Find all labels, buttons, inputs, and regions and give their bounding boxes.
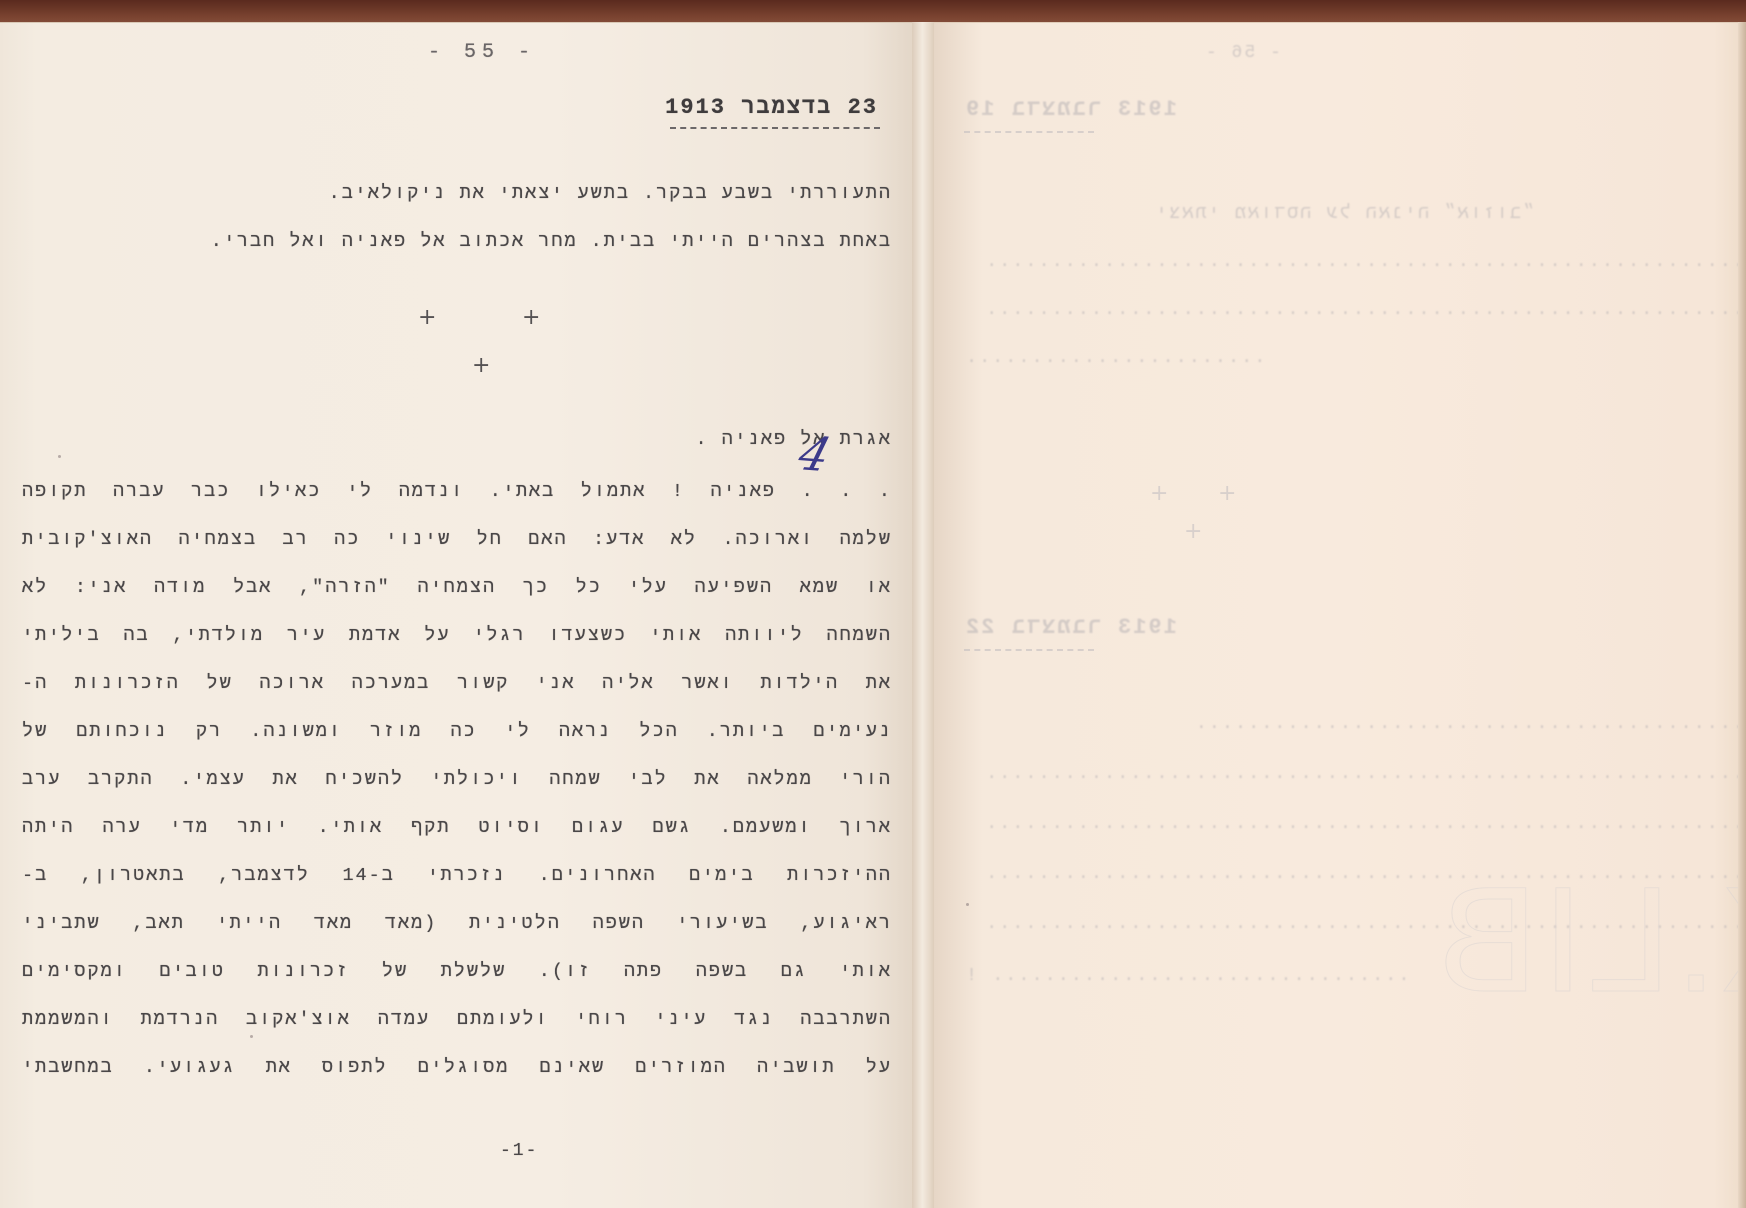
bleed-separator-cross: + — [1150, 481, 1168, 506]
letter-line: הורי ממלאה את לבי שמחה ויכולתי להשכיח את… — [22, 769, 892, 790]
paper-speck — [250, 1035, 253, 1038]
paragraph-line: התעוררתי בשבע בבקר. בתשע יצאתי את ניקולא… — [329, 183, 892, 204]
bleed-line: ........................................… — [964, 813, 1744, 834]
bleed-date-header: 19 בדצמבר 1913 — [964, 97, 1177, 122]
letter-line: על תושביה המוזרים שאינם מסוגלים לתפוס את… — [22, 1057, 892, 1078]
letter-line: אותי גם בשפה פתה זו). שלשלת של זכרונות ט… — [22, 961, 892, 982]
paper-speck — [58, 455, 61, 458]
bleed-line: ........................................… — [964, 299, 1744, 320]
bleed-separator-cross: + — [1184, 519, 1202, 544]
bleed-line: ........................................… — [964, 251, 1744, 272]
letter-line: נעימים ביותר. הכל נראה לי כה מוזר ומשונה… — [22, 721, 892, 742]
bleed-underline — [964, 131, 1094, 133]
letter-line: ההיזכרות בימים האחרונים. נזכרתי ב-14 לדצ… — [22, 865, 892, 886]
letter-line: את הילדות ואשר אליה אני קשור במערכה ארוכ… — [22, 673, 892, 694]
page-edge — [1738, 22, 1746, 1208]
bleed-line: יצאתי מאודסה על האניה ״אוזוב״ — [1154, 203, 1534, 224]
bleed-line: ....................... — [964, 347, 1265, 368]
bleed-date-header: 22 בדצמבר 1913 — [964, 615, 1177, 640]
letter-line: או שמא השפיעה עלי כל כך הצמחיה "הזרה", א… — [22, 577, 892, 598]
letter-line: השתרבבה נגד עיני רוחי ולעומתם עמדה אוצ'א… — [22, 1009, 892, 1030]
bleed-bookplate-stamp: EX.LIB — [1434, 853, 1746, 1026]
letter-line: ראיגוע, בשיעורי השפה הלטינית (מאד מאד הי… — [22, 913, 892, 934]
separator-cross: + — [472, 353, 490, 378]
letter-line: שלמה וארוכה. לא אדע: האם חל שינוי כה רב … — [22, 529, 892, 550]
page-number: - 55 - — [428, 41, 536, 64]
paper-speck — [966, 903, 969, 906]
letter-line: ארוך ומשעמם. גשם עגום וסיוט תקף אותי. יו… — [22, 817, 892, 838]
bleed-page-number: - 56 - — [1204, 43, 1281, 63]
bleed-separator-cross: + — [1218, 481, 1236, 506]
separator-cross: + — [418, 305, 436, 330]
letter-line: . . . פאניה ! אתמול באתי. ונדמה לי כאילו… — [22, 481, 892, 502]
separator-cross: + — [522, 305, 540, 330]
bleed-line: ........................................… — [1134, 713, 1744, 734]
bleed-line: ........................................… — [964, 763, 1744, 784]
letter-heading: אגרת אל פאניה . — [695, 429, 892, 450]
date-header: 23 בדצמבר 1913 — [665, 95, 878, 120]
left-page: - 55 - 23 בדצמבר 1913 התעוררתי בשבע בבקר… — [0, 22, 918, 1208]
letter-line: השמחה ליוותה אותי כשצעדו רגלי על אדמת עי… — [22, 625, 892, 646]
paragraph-line: באחת בצהרים הייתי בבית. מחר אכתוב אל פאנ… — [211, 231, 892, 252]
date-underline — [670, 127, 880, 129]
bleed-underline — [964, 649, 1094, 651]
footer-page-number: -1- — [500, 1141, 538, 1161]
right-page: - 56 - 19 בדצמבר 1913 יצאתי מאודסה על הא… — [934, 22, 1746, 1208]
bleed-line: ................................ ! — [964, 965, 1409, 986]
